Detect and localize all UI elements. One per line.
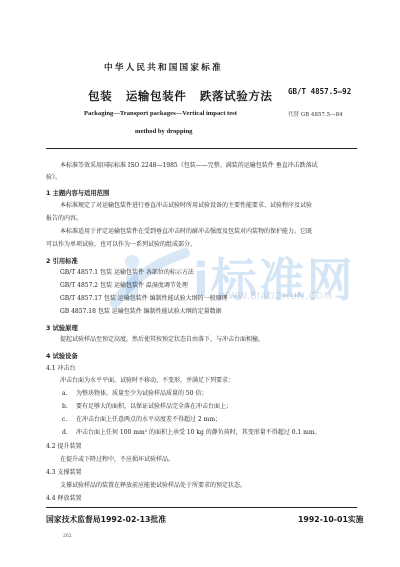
list-item-text: 在冲击台面上任意两点的水平高度差不得超过 2 mm；: [76, 417, 221, 423]
section-3-text: 提起试验样品至预定高度，然后使其按预定状态自由落下，与冲击台面相撞。: [60, 337, 264, 343]
section-4-4-heading: 4.4 释放装置: [46, 496, 81, 502]
footer-divider: [46, 507, 357, 508]
national-standard-label: 中华人民共和国国家标准: [104, 61, 223, 73]
title-part: 跌落试验方法: [200, 89, 273, 103]
section-3-heading: 3 试验原理: [46, 323, 78, 332]
effective-date: 1992-10-01实施: [298, 514, 363, 525]
section-4-3-heading: 4.3 支撑装置: [46, 470, 81, 476]
watermark-url: WWW.BIAOZHUN.COM: [218, 291, 332, 302]
reference-item: GB/T 4857.1 包装 运输包装件 各部位的标示方法: [60, 270, 194, 276]
reference-item: GB 4857.18 包装 运输包装件 编制性能试验大纲的定量数据: [60, 309, 222, 315]
section-1-p1-line2: 报告的内容。: [46, 216, 82, 222]
section-1-p1-line1: 本标准规定了对运输包装件进行垂直冲击试验时所用试验设备的主要性能要求、试验程序及…: [60, 203, 312, 209]
title-part: 运输包装件: [126, 89, 187, 103]
section-4-heading: 4 试验设备: [46, 351, 78, 360]
list-item-label: c.: [62, 417, 67, 423]
document-title-cn: 包装 运输包装件 跌落试验方法: [88, 88, 282, 104]
reference-item: GB/T 4857.17 包装 运输包装件 编制性能试验大纲的一般原理: [60, 296, 228, 302]
replaces-standard: 代替 GB 4857.5—84: [288, 110, 343, 118]
reference-item: GB/T 4857.2 包装 运输包装件 温湿度调节处理: [60, 283, 188, 289]
intro-line2: 验》。: [46, 175, 61, 181]
section-4-1-heading: 4.1 冲击台: [46, 366, 75, 372]
section-4-2-text: 在提升或下降过程中，不应损坏试验样品。: [60, 457, 174, 463]
list-item-text: 为整块物体，质量至少为试验样品质量的 50 倍；: [76, 391, 207, 397]
header-divider: [46, 148, 357, 149]
list-item-text: 冲击台面上任何 100 mm² 的面积上承受 10 kg 的静负荷时，其变形量不…: [76, 430, 321, 436]
section-1-p2-line1: 本标准适用于评定运输包装件在受到垂直冲击时的耐冲击强度及包装对内装物的保护能力。…: [60, 229, 312, 235]
list-item-text: 要有足够大的面积，以保证试验样品完全落在冲击台面上；: [76, 404, 232, 410]
approval-date: 国家技术监督局1992-02-13批准: [46, 514, 166, 525]
title-part: 包装: [88, 89, 112, 103]
standard-number: GB/T 4857.5—92: [288, 87, 351, 96]
list-item-label: a.: [62, 391, 67, 397]
section-1-heading: 1 主题内容与适用范围: [46, 188, 109, 197]
document-title-en-line2: method by dropping: [135, 128, 192, 135]
list-item-label: b.: [62, 404, 68, 410]
section-2-heading: 2 引用标准: [46, 256, 78, 265]
page-number: 262: [63, 534, 72, 539]
section-4-1-intro: 冲击台面为水平平面，试验时不移动、不变形，并满足下列要求：: [60, 378, 234, 384]
section-4-3-text: 支撑试验样品的装置在释放前应能使试验样品处于所要求的预定状态。: [60, 483, 246, 489]
intro-line1: 本标准等效采用国际标准 ISO 2248—1985《包装——完整、满装的运输包装…: [60, 163, 318, 169]
section-4-2-heading: 4.2 提升装置: [46, 444, 81, 450]
list-item-label: d.: [62, 430, 68, 436]
section-1-p2-line2: 可以作为单项试验，也可以作为一系列试验的组成部分。: [46, 242, 196, 248]
document-title-en-line1: Packaging—Transport packages—Vertical im…: [84, 110, 237, 117]
